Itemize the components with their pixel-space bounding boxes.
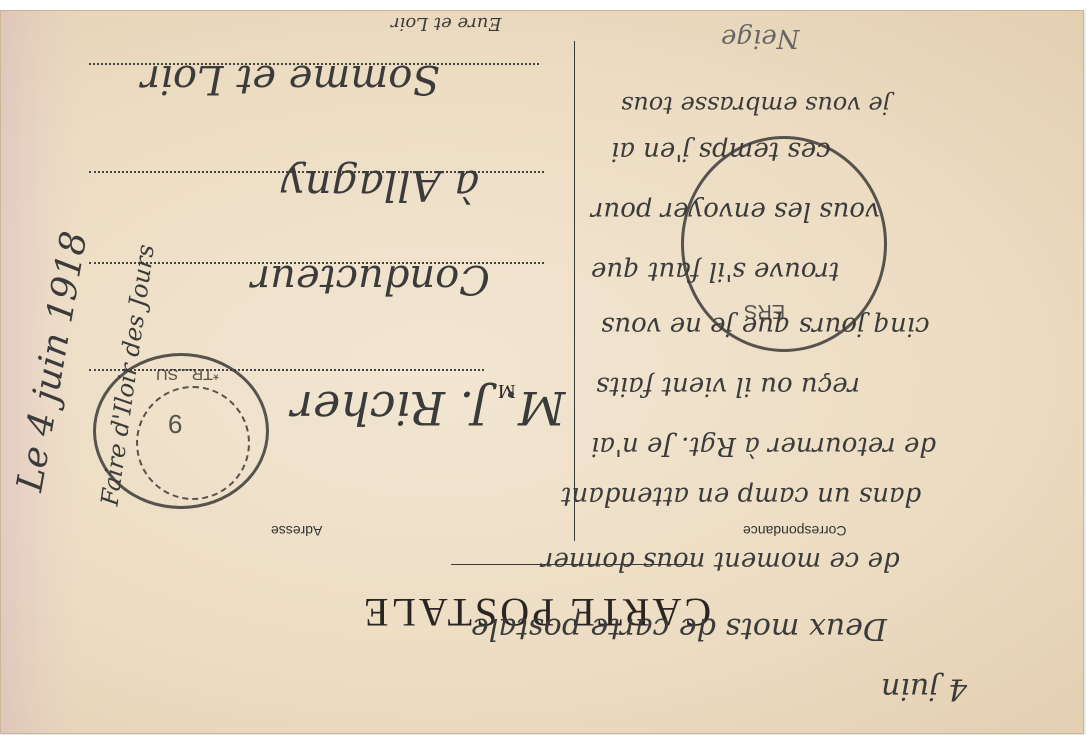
address-town: à Allagny: [281, 161, 479, 210]
message-line: dans un camp en attendant: [561, 481, 921, 511]
postmark-text: *TR...SU: [156, 364, 219, 382]
message-line: je vous embrasse tous: [621, 91, 890, 119]
postcard-back: CARTE POSTALE Adresse Correspondance M. …: [0, 10, 1084, 734]
message-line: de retourner à Rgt. Je n'ai: [591, 431, 936, 461]
message-line: de ce moment nous donner: [541, 546, 900, 576]
address-occupation: Conducteur: [251, 256, 490, 302]
signature: Neige: [721, 23, 799, 53]
address-region: Somme et Loir: [141, 56, 440, 102]
address-department: Eure et Loir: [391, 13, 501, 34]
message-line: Deux mots de carte postale: [471, 611, 887, 646]
postmark-digit: 9: [168, 408, 182, 439]
address-name: M. J. Richer: [291, 381, 565, 435]
postmark-text: ERS: [744, 299, 785, 322]
message-line: 4 juin: [881, 671, 967, 706]
message-line: reçu ou il vient faits: [596, 371, 860, 401]
center-divider-line: [574, 41, 575, 541]
address-label: Adresse: [271, 523, 322, 539]
postmark-right: ERS: [681, 136, 887, 352]
postmark-left: 9 *TR...SU: [93, 353, 269, 509]
correspondence-label: Correspondance: [743, 523, 847, 539]
